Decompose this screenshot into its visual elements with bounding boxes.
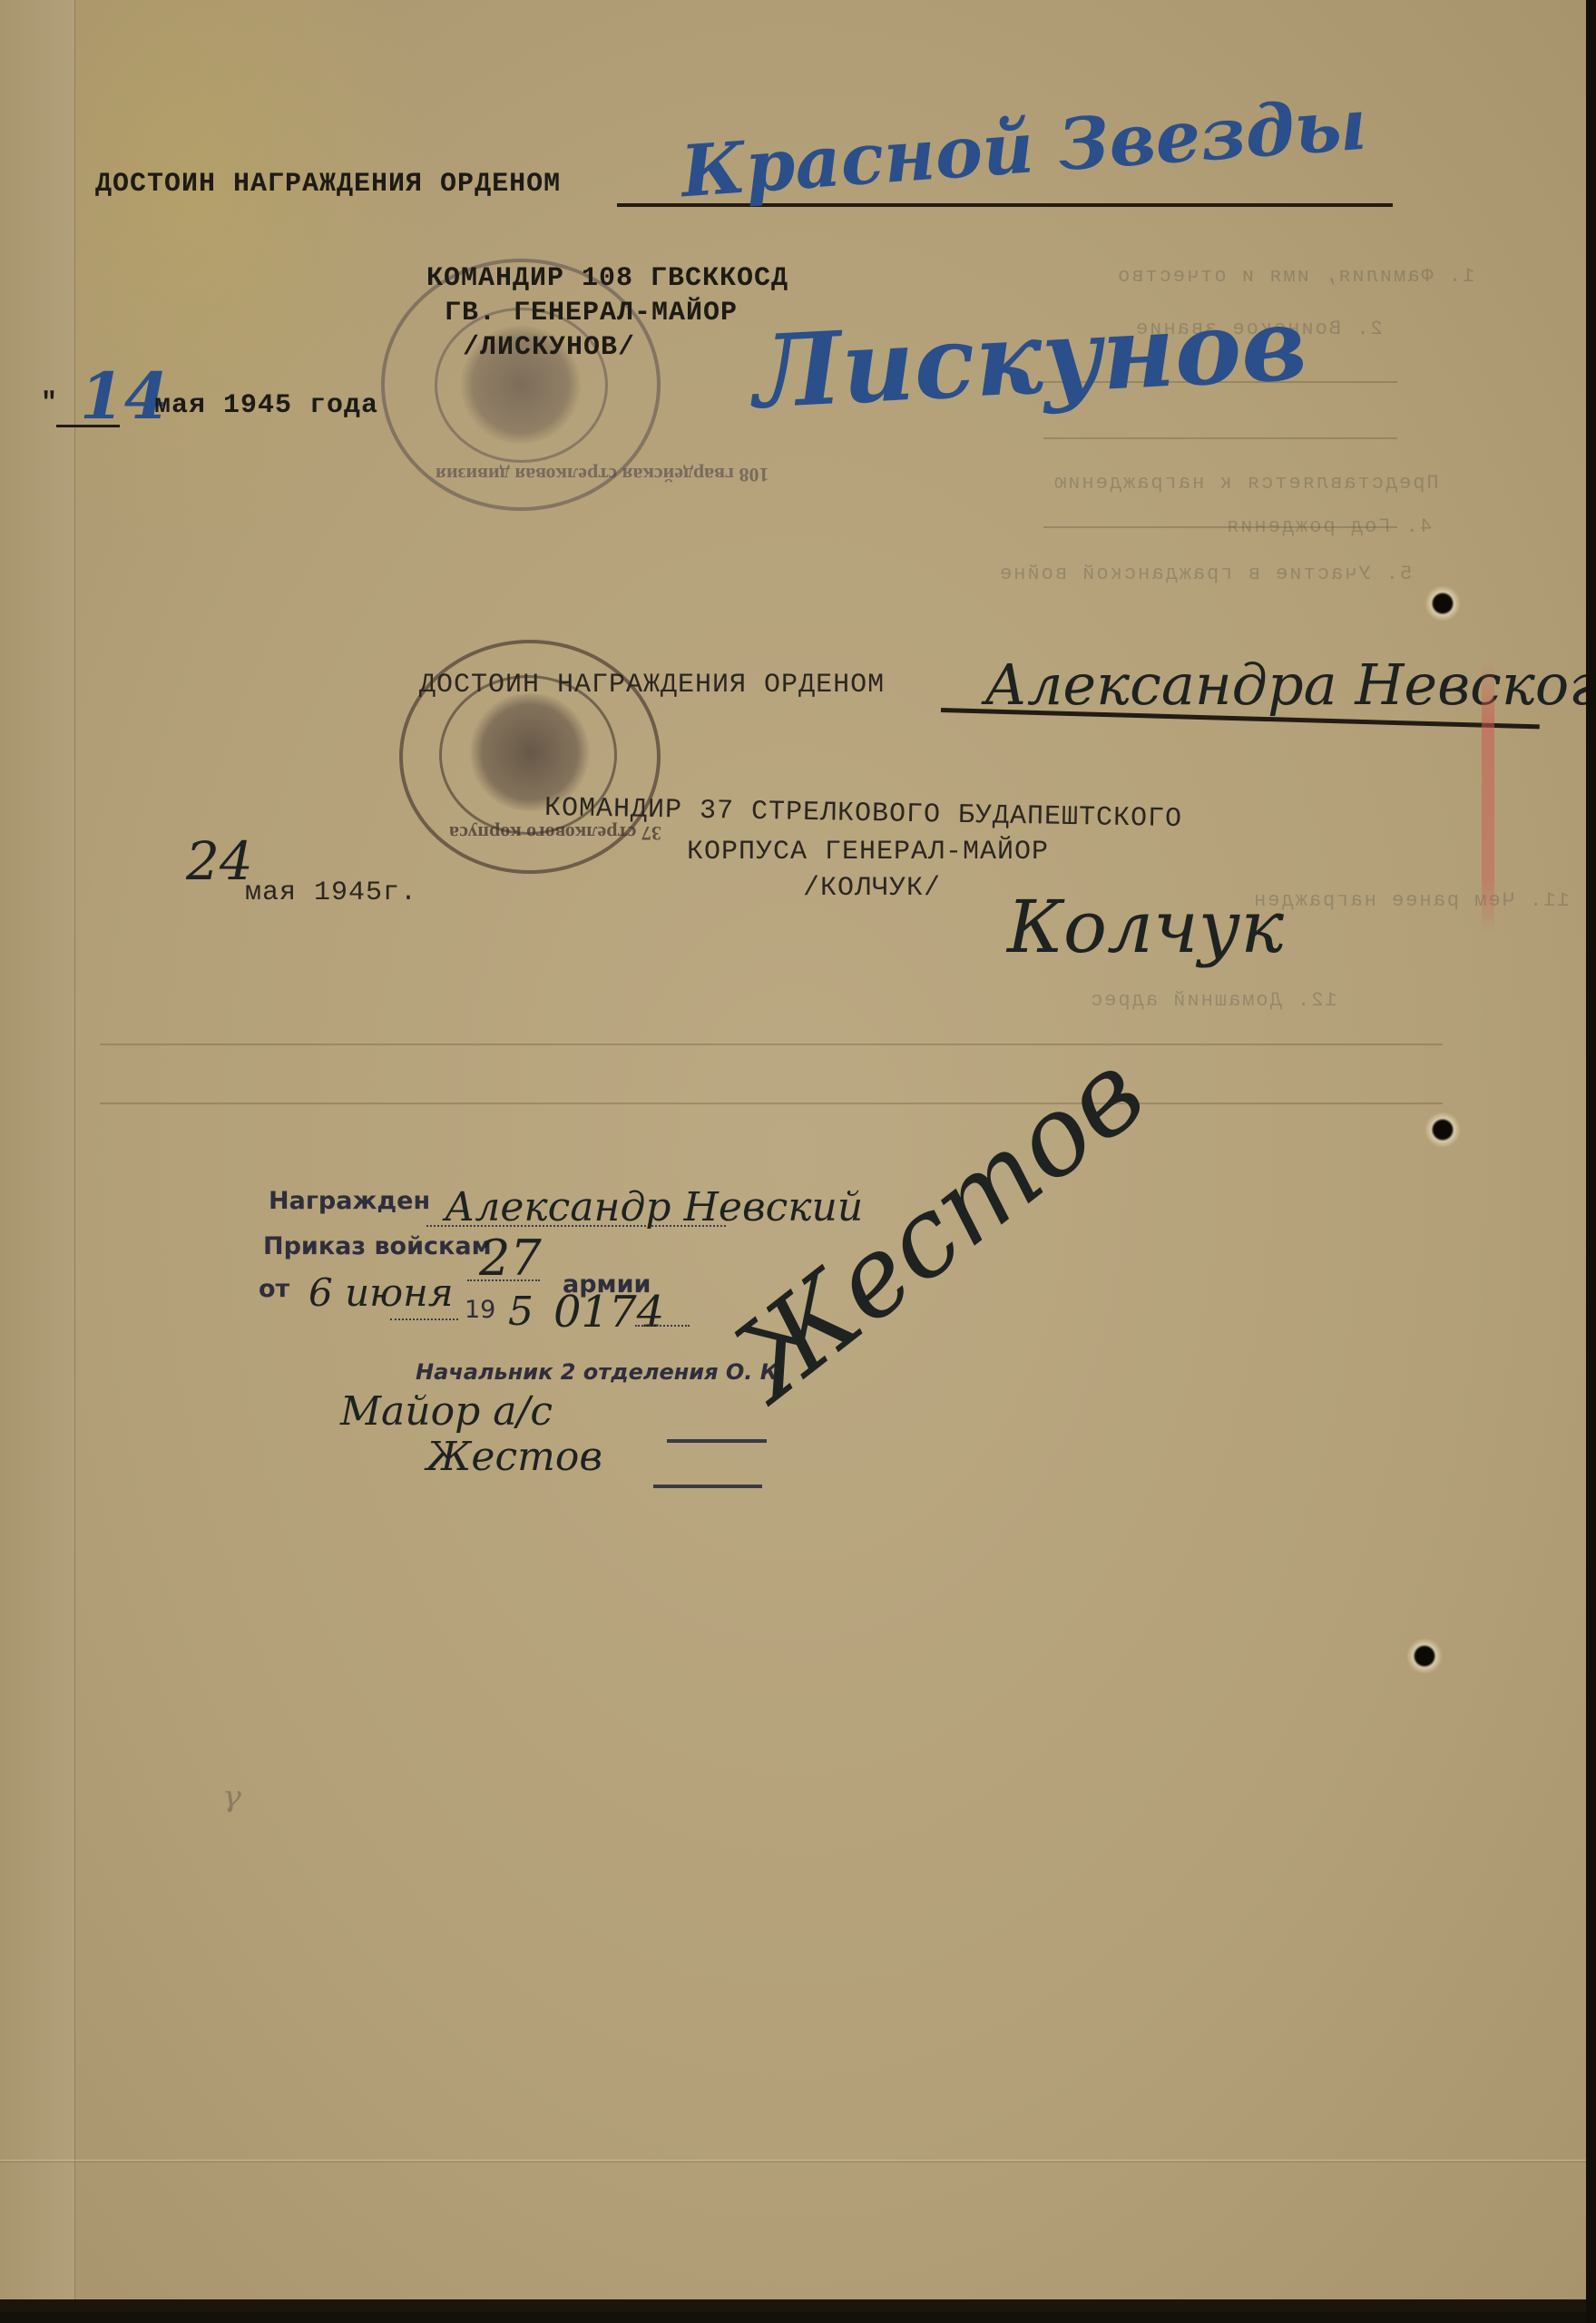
awarded-label: Награжден <box>269 1187 430 1215</box>
red-pencil-mark <box>1482 662 1494 935</box>
paper-fold <box>0 2160 1586 2162</box>
punch-hole <box>1406 1638 1443 1674</box>
fill-in-line <box>390 1318 458 1320</box>
form-line <box>1043 526 1397 528</box>
year-handwritten: 5 <box>508 1289 534 1335</box>
commander-title: КОМАНДИР 108 ГВСККОСД <box>426 263 788 294</box>
officer-rank-handwritten: Майор а/с <box>340 1388 553 1435</box>
order-no-handwritten: 0174 <box>553 1287 664 1338</box>
order-label: Приказ войскам <box>263 1232 492 1260</box>
scan-edge <box>0 2299 1586 2312</box>
form-line <box>100 1044 1443 1045</box>
recommendation-label: ДОСТОИН НАГРАЖДЕНИЯ ОРДЕНОМ <box>419 670 885 701</box>
order-name-handwritten: Красной Звезды <box>679 83 1369 214</box>
date-line <box>56 425 120 427</box>
commander-rank: ГВ. ГЕНЕРАЛ-МАЙОР <box>445 298 738 328</box>
bleed-through-text: 11. Чем ранее награжден <box>1252 889 1570 912</box>
bleed-through-text: 5. Участие в гражданской войне <box>998 563 1412 585</box>
form-line <box>100 1103 1443 1104</box>
officer-label: Начальник 2 отделения О. К. <box>416 1359 787 1385</box>
awarded-value-handwritten: Александр Невский <box>445 1184 863 1230</box>
date-text: мая 1945г. <box>245 877 417 908</box>
date-text: мая 1945 года <box>154 390 378 421</box>
fill-in-line <box>635 1325 690 1327</box>
punch-hole <box>1425 1112 1461 1148</box>
year-prefix: 19 <box>465 1296 495 1324</box>
binding-strip <box>0 0 75 2312</box>
commander-name: /ЛИСКУНОВ/ <box>463 332 635 363</box>
commander-signature: Колчук <box>1007 885 1284 969</box>
date-day-handwritten: 24 <box>186 830 253 892</box>
signature-line <box>653 1485 762 1488</box>
recommendation-label: ДОСТОИН НАГРАЖДЕНИЯ ОРДЕНОМ <box>95 169 561 200</box>
from-label: от <box>259 1275 289 1303</box>
order-date-handwritten: 6 июня <box>308 1270 454 1315</box>
document-page: 1. Фамилия, имя и отчество 2. Воинское з… <box>0 0 1586 2312</box>
scan-edge <box>1586 0 1596 2323</box>
date-quote: " <box>41 388 58 419</box>
signature-line <box>667 1439 767 1443</box>
bleed-through-text: Представляется к награждению <box>1053 472 1439 495</box>
order-number-handwritten: 27 <box>479 1230 542 1287</box>
commander-name: /КОЛЧУК/ <box>803 873 941 904</box>
form-line <box>1043 437 1397 439</box>
commander-rank: КОРПУСА ГЕНЕРАЛ-МАЙОР <box>687 837 1049 867</box>
punch-hole <box>1425 585 1461 622</box>
seal-text: 108 гвардейская стрелковая дивизия <box>436 463 769 486</box>
order-name-handwritten: Александра Невского <box>984 652 1586 718</box>
bleed-through-text: 1. Фамилия, имя и отчество <box>1116 265 1474 288</box>
officer-name-handwritten: Жестов <box>426 1434 602 1480</box>
bleed-through-text: 12. Домашний адрес <box>1089 989 1337 1012</box>
commander-signature: Лискунов <box>750 285 1309 431</box>
faded-signature: ᵧ <box>222 1760 241 1819</box>
